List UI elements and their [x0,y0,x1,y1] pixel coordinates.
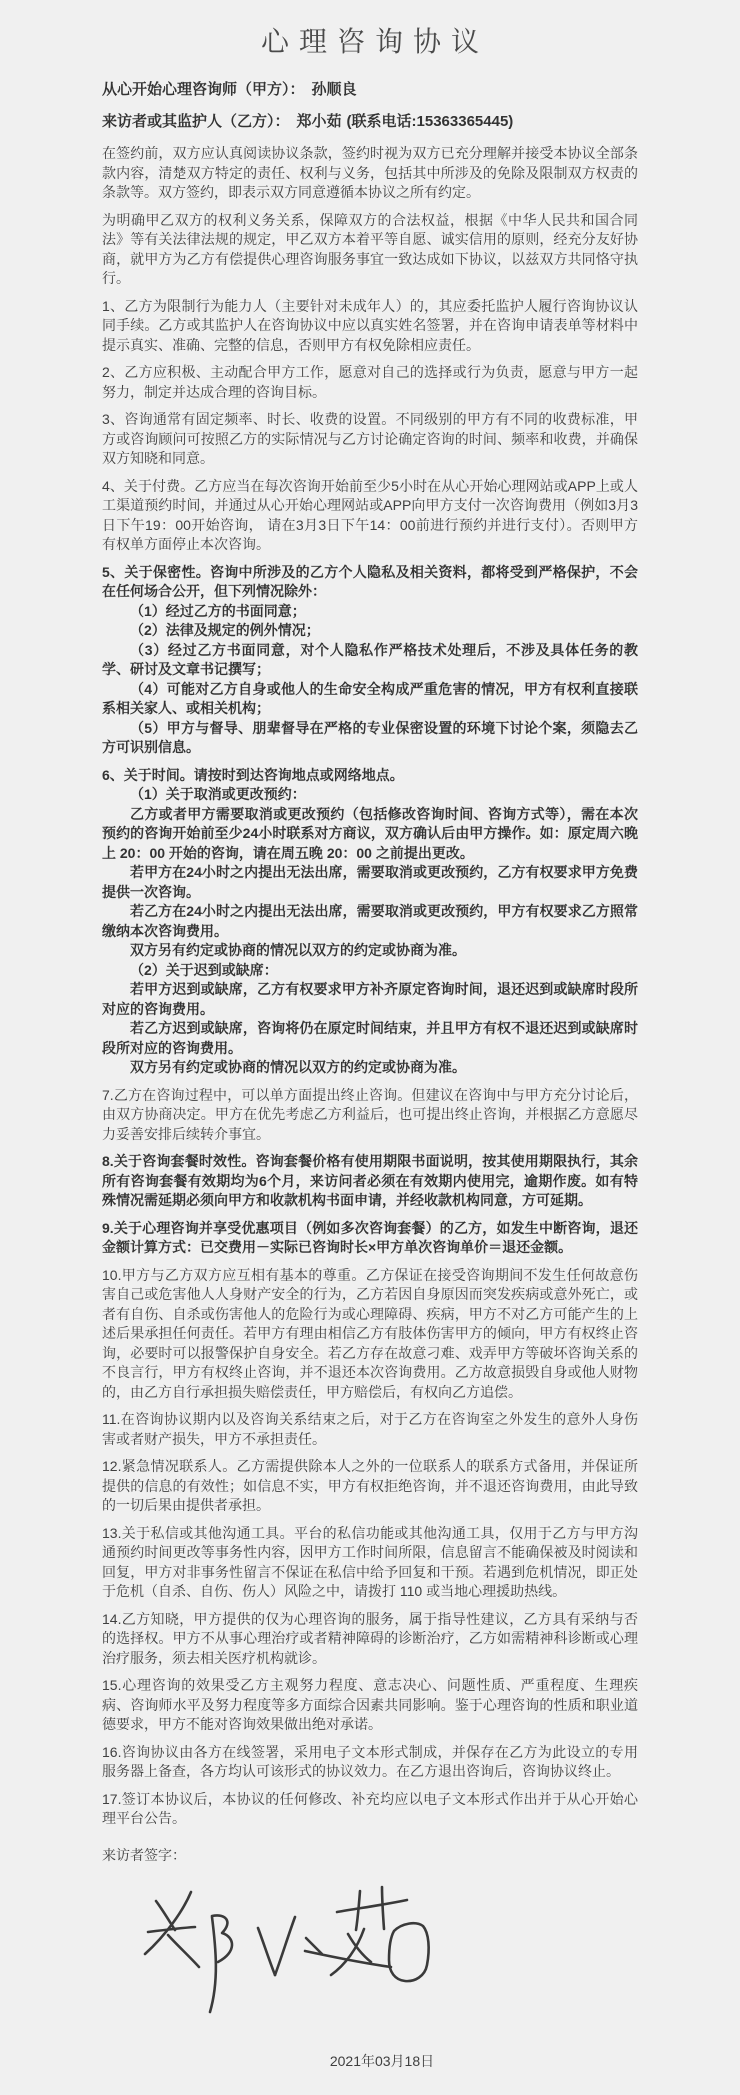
paragraph-list: 在签约前，双方应认真阅读协议条款，签约时视为双方已充分理解并接受本协议全部条款内… [102,144,638,1829]
paragraph: 双方另有约定或协商的情况以双方的约定或协商为准。 [102,941,638,961]
paragraph: （1）关于取消或更改预约： [102,785,638,805]
party-a-label: 从心开始心理咨询师（甲方）： [102,81,305,98]
paragraph: 12.紧急情况联系人。乙方需提供除本人之外的一位联系人的联系方式备用，并保证所提… [102,1457,638,1516]
agreement-document: 心理咨询协议 从心开始心理咨询师（甲方）：孙顺良 来访者或其监护人（乙方）：郑小… [0,0,740,2095]
paragraph: （3）经过乙方书面同意，对个人隐私作严格技术处理后，不涉及具体任务的教学、研讨及… [102,641,638,680]
party-b-name: 郑小茹 [297,113,342,130]
paragraph: 在签约前，双方应认真阅读协议条款，签约时视为双方已充分理解并接受本协议全部条款内… [102,144,638,203]
paragraph: 1、乙方为限制行为能力人（主要针对未成年人）的，其应委托监护人履行咨询协议认同手… [102,297,638,356]
party-b-line: 来访者或其监护人（乙方）：郑小茹(联系电话:15363365445) [102,112,638,132]
paragraph: 4、关于付费。乙方应当在每次咨询开始前至少5小时在从心开始心理网站或APP上或人… [102,477,638,555]
paragraph: 14.乙方知晓，甲方提供的仅为心理咨询的服务，属于指导性建议，乙方具有采纳与否的… [102,1610,638,1669]
paragraph: 7.乙方在咨询过程中，可以单方面提出终止咨询。但建议在咨询中与甲方充分讨论后，由… [102,1086,638,1145]
signature-date: 2021年03月18日 [12,2051,740,2071]
paragraph: 13.关于私信或其他沟通工具。平台的私信功能或其他沟通工具，仅用于乙方与甲方沟通… [102,1524,638,1602]
visitor-signature-label: 来访者签字： [102,1845,638,1865]
paragraph: 15.心理咨询的效果受乙方主观努力程度、意志决心、问题性质、严重程度、生理疾病、… [102,1676,638,1735]
paragraph: 乙方或者甲方需要取消或更改预约（包括修改咨询时间、咨询方式等），需在本次预约的咨… [102,805,638,864]
paragraph: 若甲方迟到或缺席，乙方有权要求甲方补齐原定咨询时间，退还迟到或缺席时段所对应的咨… [102,980,638,1019]
party-a-line: 从心开始心理咨询师（甲方）：孙顺良 [102,80,638,100]
party-a-name: 孙顺良 [312,81,357,98]
paragraph: 17.签订本协议后，本协议的任何修改、补充均应以电子文本形式作出并于从心开始心理… [102,1790,638,1829]
paragraph: 16.咨询协议由各方在线签署，采用电子文本形式制成，并保存在乙方为此设立的专用服… [102,1743,638,1782]
paragraph: 双方另有约定或协商的情况以双方的约定或协商为准。 [102,1058,638,1078]
paragraph: 若乙方在24小时之内提出无法出席，需要取消或更改预约，甲方有权要求乙方照常缴纳本… [102,902,638,941]
paragraph: （2）关于迟到或缺席： [102,961,638,981]
paragraph: （4）可能对乙方自身或他人的生命安全构成严重危害的情况，甲方有权利直接联系相关家… [102,680,638,719]
paragraph: 9.关于心理咨询并享受优惠项目（例如多次咨询套餐）的乙方，如发生中断咨询，退还金… [102,1219,638,1258]
paragraph: 2、乙方应积极、主动配合甲方工作，愿意对自己的选择或行为负责，愿意与甲方一起努力… [102,363,638,402]
paragraph: 5、关于保密性。咨询中所涉及的乙方个人隐私及相关资料，都将受到严格保护，不会在任… [102,563,638,602]
paragraph: 8.关于咨询套餐时效性。咨询套餐价格有使用期限书面说明，按其使用期限执行，其余所… [102,1152,638,1211]
paragraph: （1）经过乙方的书面同意； [102,602,638,622]
party-b-label: 来访者或其监护人（乙方）： [102,113,290,130]
paragraph: （2）法律及规定的例外情况； [102,621,638,641]
paragraph: 11.在咨询协议期内以及咨询关系结束之后，对于乙方在咨询室之外发生的意外人身伤害… [102,1410,638,1449]
paragraph: 10.甲方与乙方双方应互相有基本的尊重。乙方保证在接受咨询期间不发生任何故意伤害… [102,1266,638,1403]
party-b-phone: (联系电话:15363365445) [347,113,514,130]
paragraph: 6、关于时间。请按时到达咨询地点或网络地点。 [102,766,638,786]
page-title: 心理咨询协议 [102,20,638,60]
paragraph: 若乙方迟到或缺席，咨询将仍在原定时间结束，并且甲方有权不退还迟到或缺席时段所对应… [102,1019,638,1058]
paragraph: 为明确甲乙双方的权利义务关系，保障双方的合法权益，根据《中华人民共和国合同法》等… [102,211,638,289]
handwritten-signature [138,1879,438,2029]
paragraph: （5）甲方与督导、朋辈督导在严格的专业保密设置的环境下讨论个案，须隐去乙方可识别… [102,719,638,758]
paragraph: 若甲方在24小时之内提出无法出席，需要取消或更改预约，乙方有权要求甲方免费提供一… [102,863,638,902]
paragraph: 3、咨询通常有固定频率、时长、收费的设置。不同级别的甲方有不同的收费标准，甲方或… [102,410,638,469]
